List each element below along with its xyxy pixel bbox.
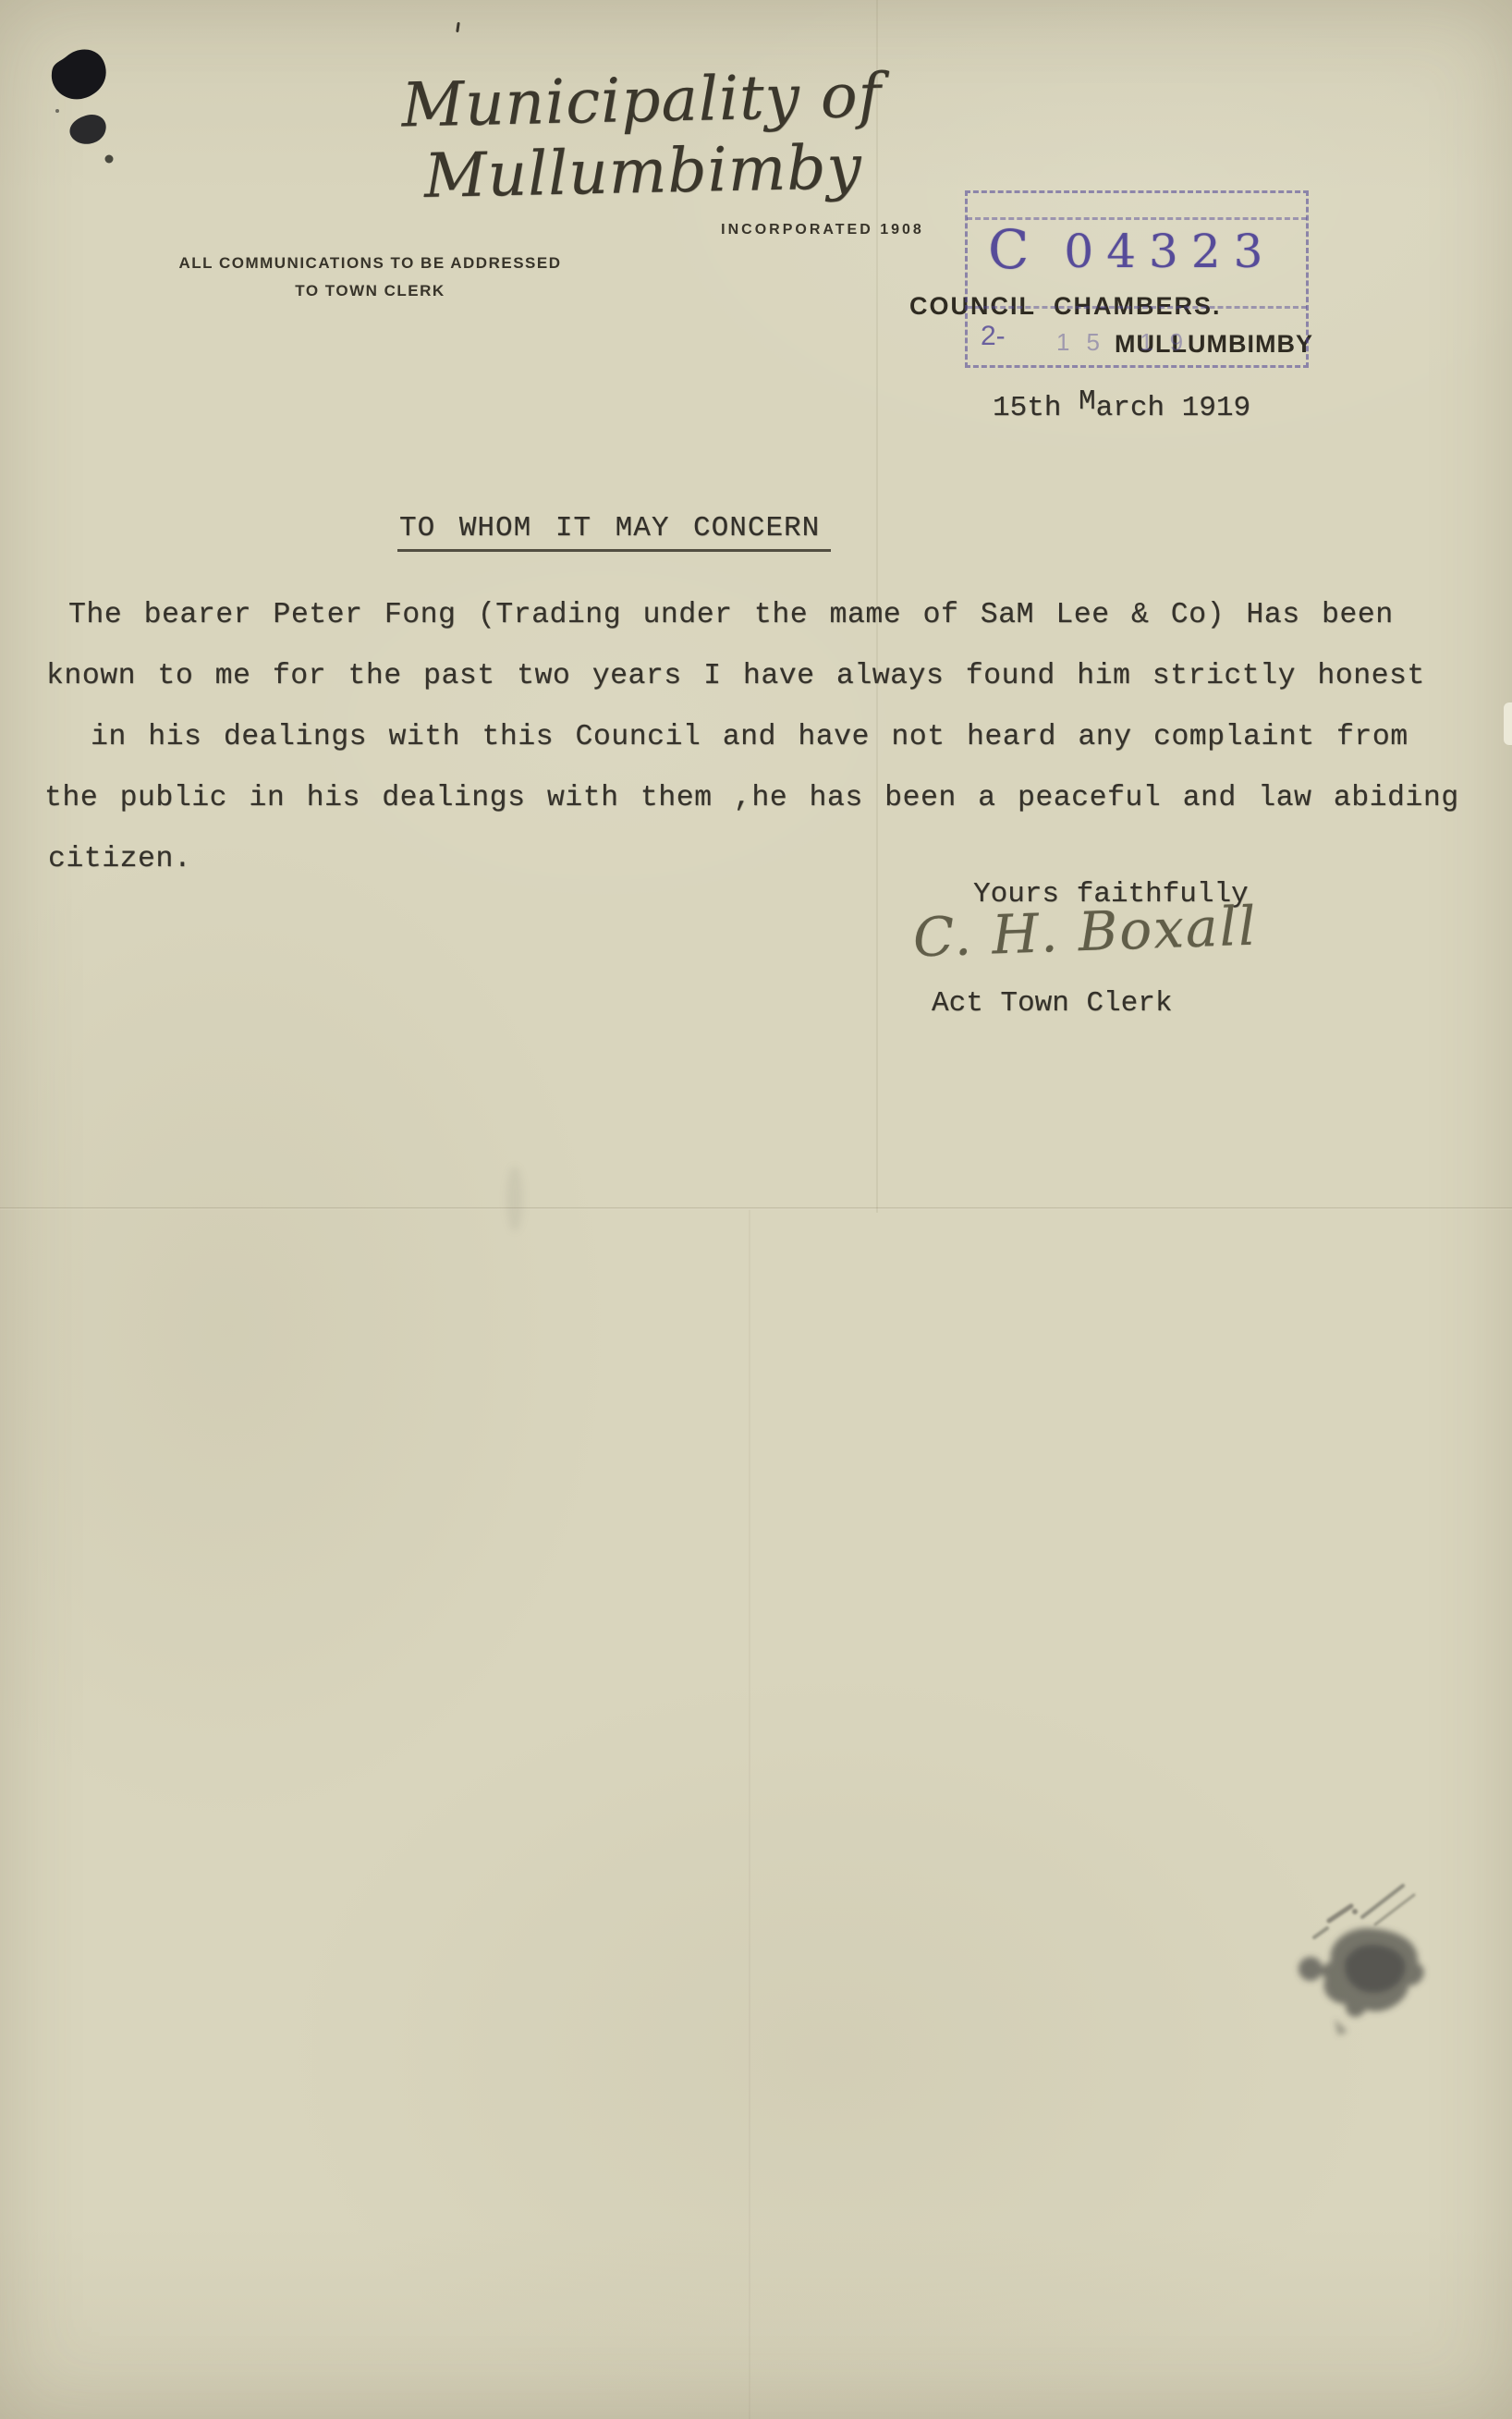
stamp-date-ghost: 15 19	[1056, 328, 1200, 357]
stamp-serial-number: 04323	[1064, 223, 1275, 277]
body-line-4: the public in his dealings with them ,he…	[44, 782, 1459, 814]
stamp-serial: C 04323	[988, 223, 1275, 277]
communications-note: ALL COMMUNICATIONS TO BE ADDRESSED TO TO…	[137, 250, 604, 305]
body-line-3: in his dealings with this Council and ha…	[91, 721, 1408, 753]
ink-stain	[1274, 1860, 1468, 2054]
registration-stamp: C 04323 2- 15 19	[965, 190, 1309, 368]
date-day: 15th	[993, 392, 1079, 424]
scanned-letter-page: Municipality of Mullumbimby INCORPORATED…	[0, 0, 1512, 2419]
fold-crease-vertical-lower	[749, 1210, 750, 2419]
body-line-2: known to me for the past two years I hav…	[46, 660, 1425, 692]
letter-heading: TO WHOM IT MAY CONCERN	[397, 512, 831, 552]
stamp-middle-rule	[967, 306, 1307, 309]
stamp-date: 2-	[981, 321, 1006, 352]
body-line-1: The bearer Peter Fong (Trading under the…	[68, 599, 1394, 631]
letterhead-title: Municipality of Mullumbimby	[206, 55, 1078, 216]
page-edge-highlight	[1504, 702, 1512, 745]
fold-crease-vertical	[876, 0, 878, 1213]
date-line: 15th March 1919	[993, 392, 1250, 424]
body-line-5: citizen.	[48, 843, 191, 875]
paper-speck	[456, 22, 460, 32]
signer-role: Act Town Clerk	[932, 987, 1172, 1020]
incorporated-line: INCORPORATED 1908	[698, 222, 947, 238]
communications-note-line-2: TO TOWN CLERK	[137, 277, 604, 305]
signature: C. H. Boxall	[912, 895, 1259, 970]
stamp-serial-prefix: C	[988, 223, 1029, 277]
date-raised-char: M	[1079, 385, 1096, 418]
faint-smudge	[506, 1167, 523, 1231]
communications-note-line-1: ALL COMMUNICATIONS TO BE ADDRESSED	[137, 250, 604, 277]
date-rest: arch 1919	[1096, 392, 1250, 424]
ink-blot	[39, 43, 140, 172]
fold-crease-horizontal	[0, 1207, 1512, 1210]
